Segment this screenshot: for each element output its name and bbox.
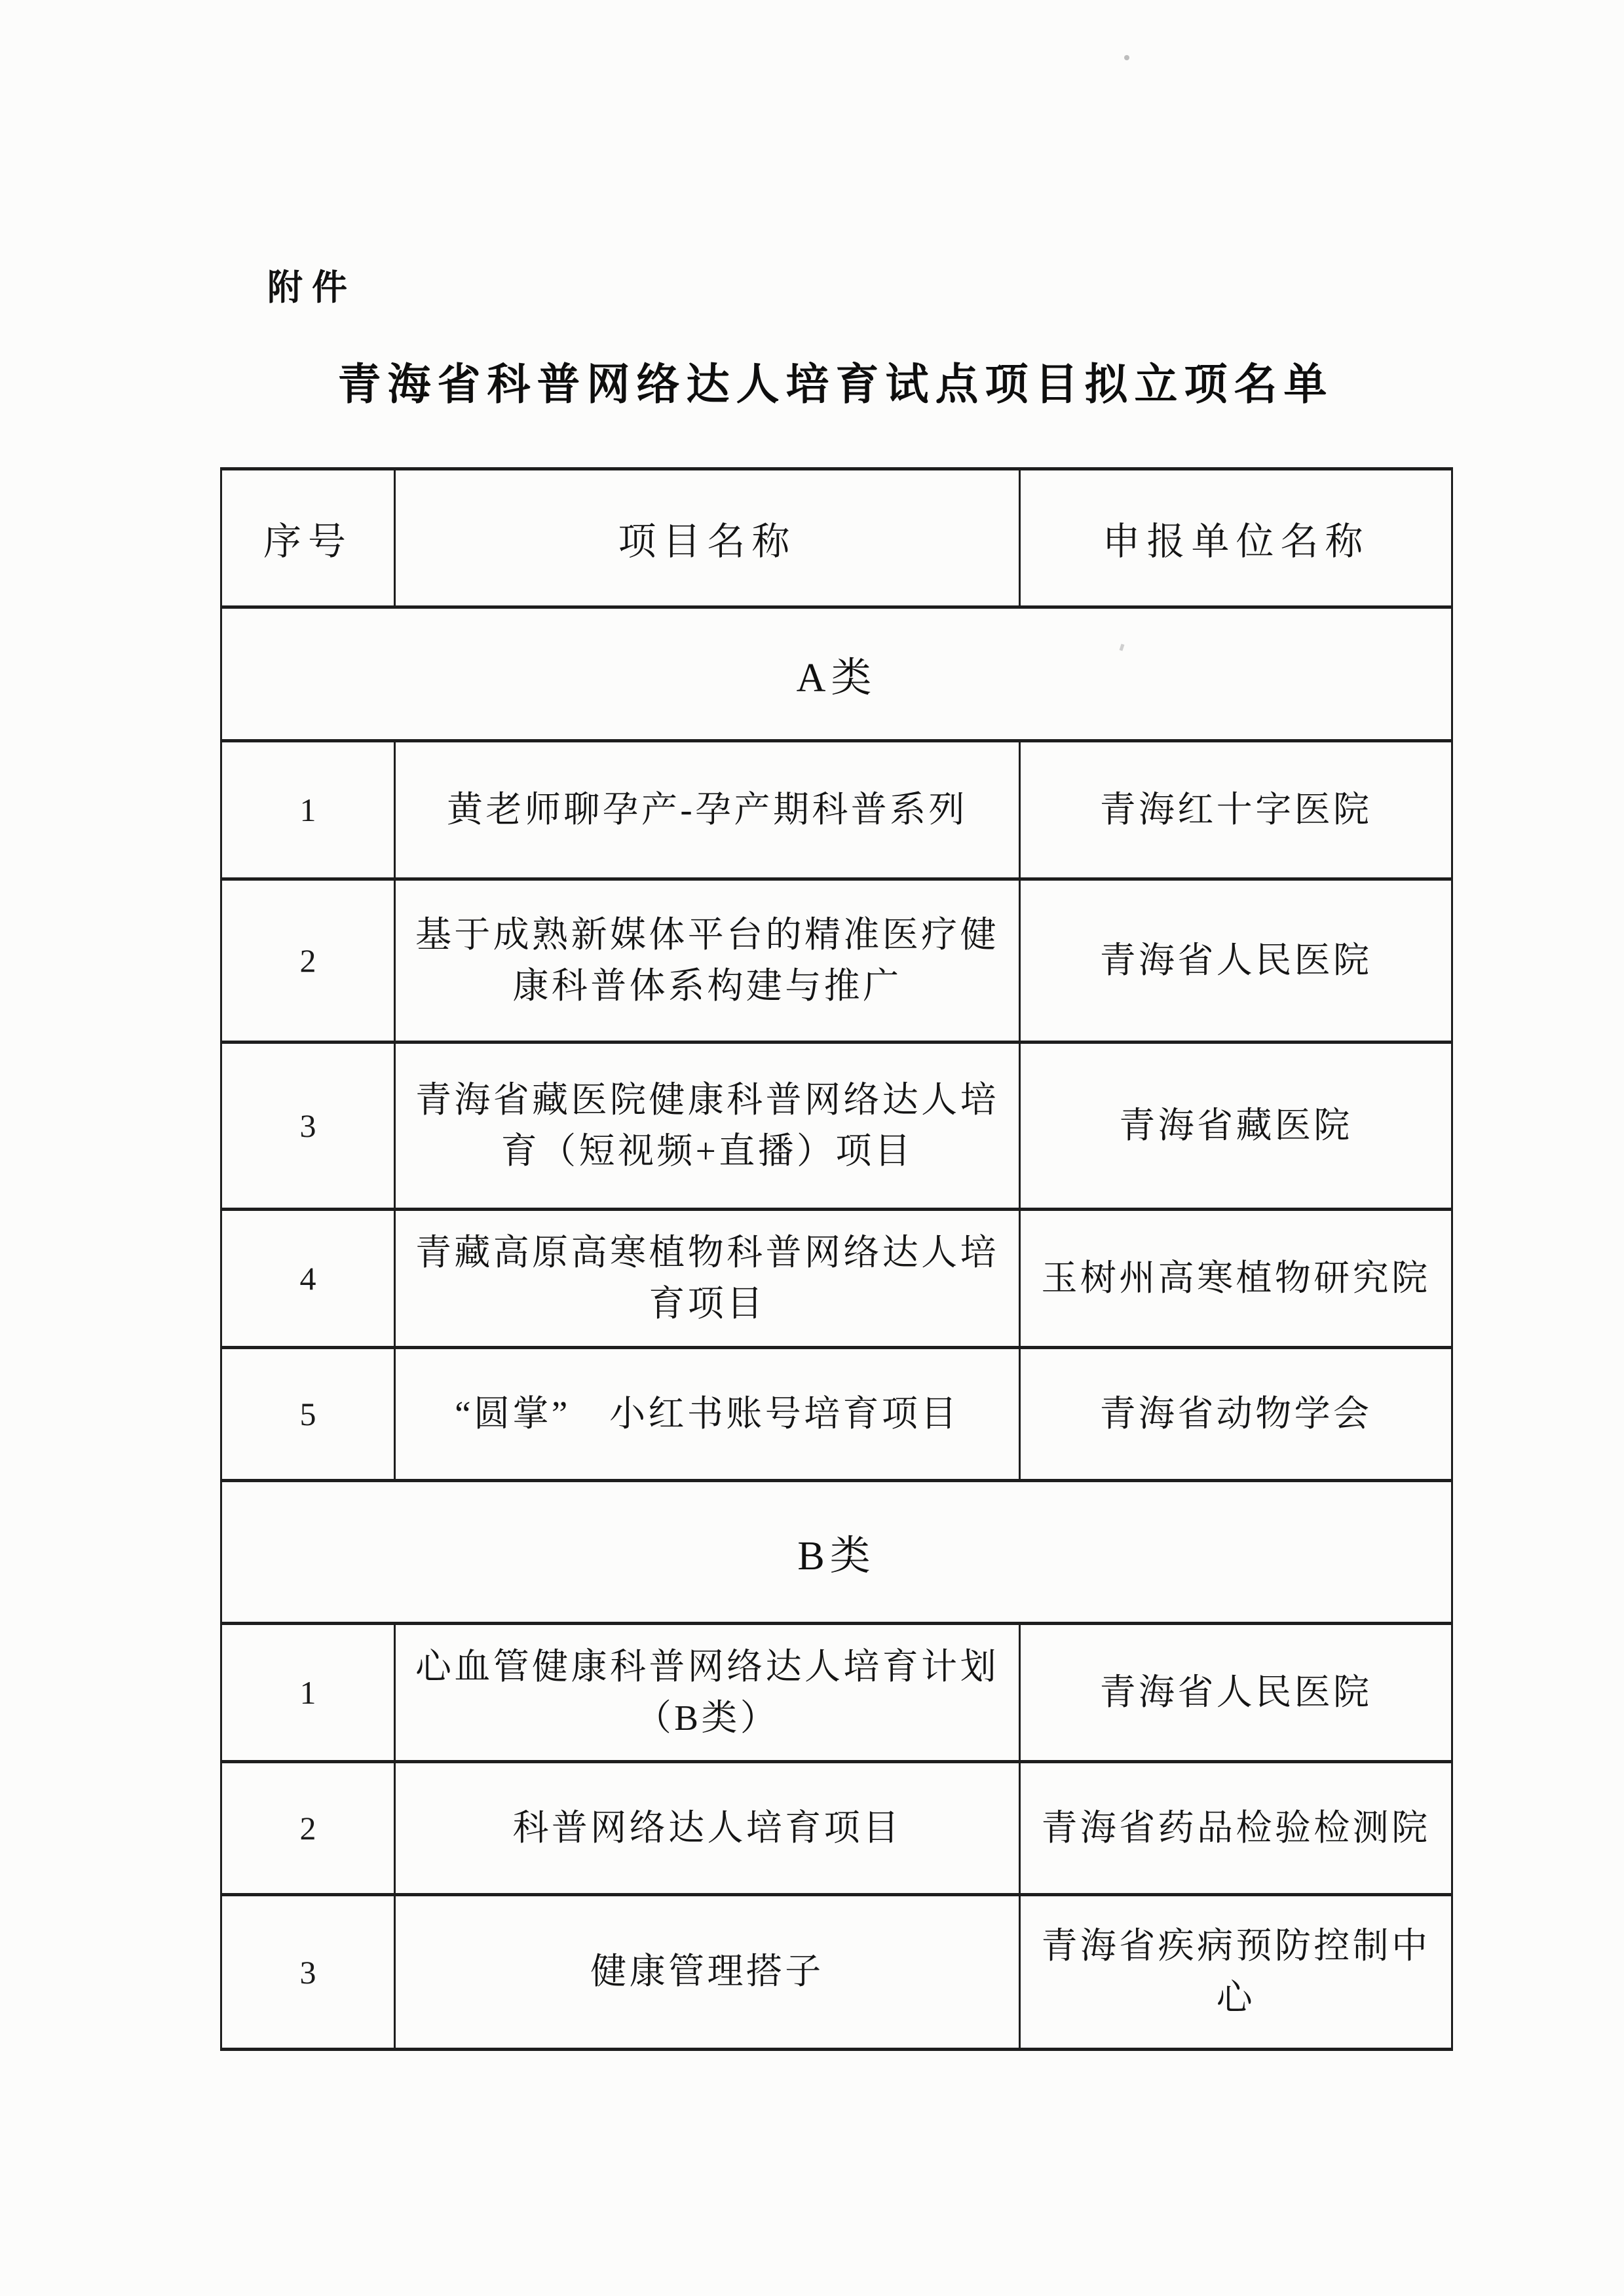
project-cell: “圆掌” 小红书账号培育项目: [395, 1348, 1020, 1481]
project-cell: 健康管理搭子: [395, 1895, 1020, 2050]
section-row: A类: [221, 607, 1452, 741]
table-header-row: 序号 项目名称 申报单位名称: [221, 469, 1452, 607]
page-title: 青海省科普网络达人培育试点项目拟立项名单: [220, 353, 1451, 415]
project-cell: 青藏高原高寒植物科普网络达人培育项目: [395, 1210, 1020, 1348]
col-header-unit-name: 申报单位名称: [1020, 469, 1452, 607]
table-row: 3青海省藏医院健康科普网络达人培育（短视频+直播）项目青海省藏医院: [221, 1043, 1452, 1210]
unit-cell: 青海省疾病预防控制中心: [1020, 1895, 1452, 2050]
scan-speck: [1124, 55, 1129, 60]
project-cell: 心血管健康科普网络达人培育计划（B类）: [395, 1624, 1020, 1762]
unit-cell: 青海红十字医院: [1020, 741, 1452, 879]
col-header-project-name: 项目名称: [395, 469, 1020, 607]
table-row: 1黄老师聊孕产-孕产期科普系列青海红十字医院: [221, 741, 1452, 879]
serial-cell: 2: [221, 1762, 395, 1895]
serial-cell: 1: [221, 741, 395, 879]
table-row: 2基于成熟新媒体平台的精准医疗健康科普体系构建与推广青海省人民医院: [221, 879, 1452, 1043]
serial-cell: 2: [221, 879, 395, 1043]
unit-cell: 青海省人民医院: [1020, 879, 1452, 1043]
serial-cell: 5: [221, 1348, 395, 1481]
table-row: 1心血管健康科普网络达人培育计划（B类）青海省人民医院: [221, 1624, 1452, 1762]
unit-cell: 玉树州高寒植物研究院: [1020, 1210, 1452, 1348]
serial-cell: 1: [221, 1624, 395, 1762]
project-cell: 青海省藏医院健康科普网络达人培育（短视频+直播）项目: [395, 1043, 1020, 1210]
project-cell: 基于成熟新媒体平台的精准医疗健康科普体系构建与推广: [395, 879, 1020, 1043]
project-cell: 科普网络达人培育项目: [395, 1762, 1020, 1895]
unit-cell: 青海省药品检验检测院: [1020, 1762, 1452, 1895]
col-header-serial: 序号: [221, 469, 395, 607]
unit-cell: 青海省藏医院: [1020, 1043, 1452, 1210]
project-cell: 黄老师聊孕产-孕产期科普系列: [395, 741, 1020, 879]
serial-cell: 4: [221, 1210, 395, 1348]
scanned-document-page: { "page": { "attachment_label": "附件", "t…: [0, 0, 1624, 2296]
unit-cell: 青海省人民医院: [1020, 1624, 1452, 1762]
table-row: 4青藏高原高寒植物科普网络达人培育项目玉树州高寒植物研究院: [221, 1210, 1452, 1348]
section-header: A类: [221, 607, 1452, 741]
serial-cell: 3: [221, 1895, 395, 2050]
table-row: 2科普网络达人培育项目青海省药品检验检测院: [221, 1762, 1452, 1895]
section-header: B类: [221, 1481, 1452, 1624]
section-row: B类: [221, 1481, 1452, 1624]
serial-cell: 3: [221, 1043, 395, 1210]
table-row: 3健康管理搭子青海省疾病预防控制中心: [221, 1895, 1452, 2050]
unit-cell: 青海省动物学会: [1020, 1348, 1452, 1481]
table-row: 5“圆掌” 小红书账号培育项目青海省动物学会: [221, 1348, 1452, 1481]
attachment-label: 附件: [267, 259, 356, 310]
project-list-table: 序号 项目名称 申报单位名称 A类1黄老师聊孕产-孕产期科普系列青海红十字医院2…: [220, 467, 1453, 2051]
